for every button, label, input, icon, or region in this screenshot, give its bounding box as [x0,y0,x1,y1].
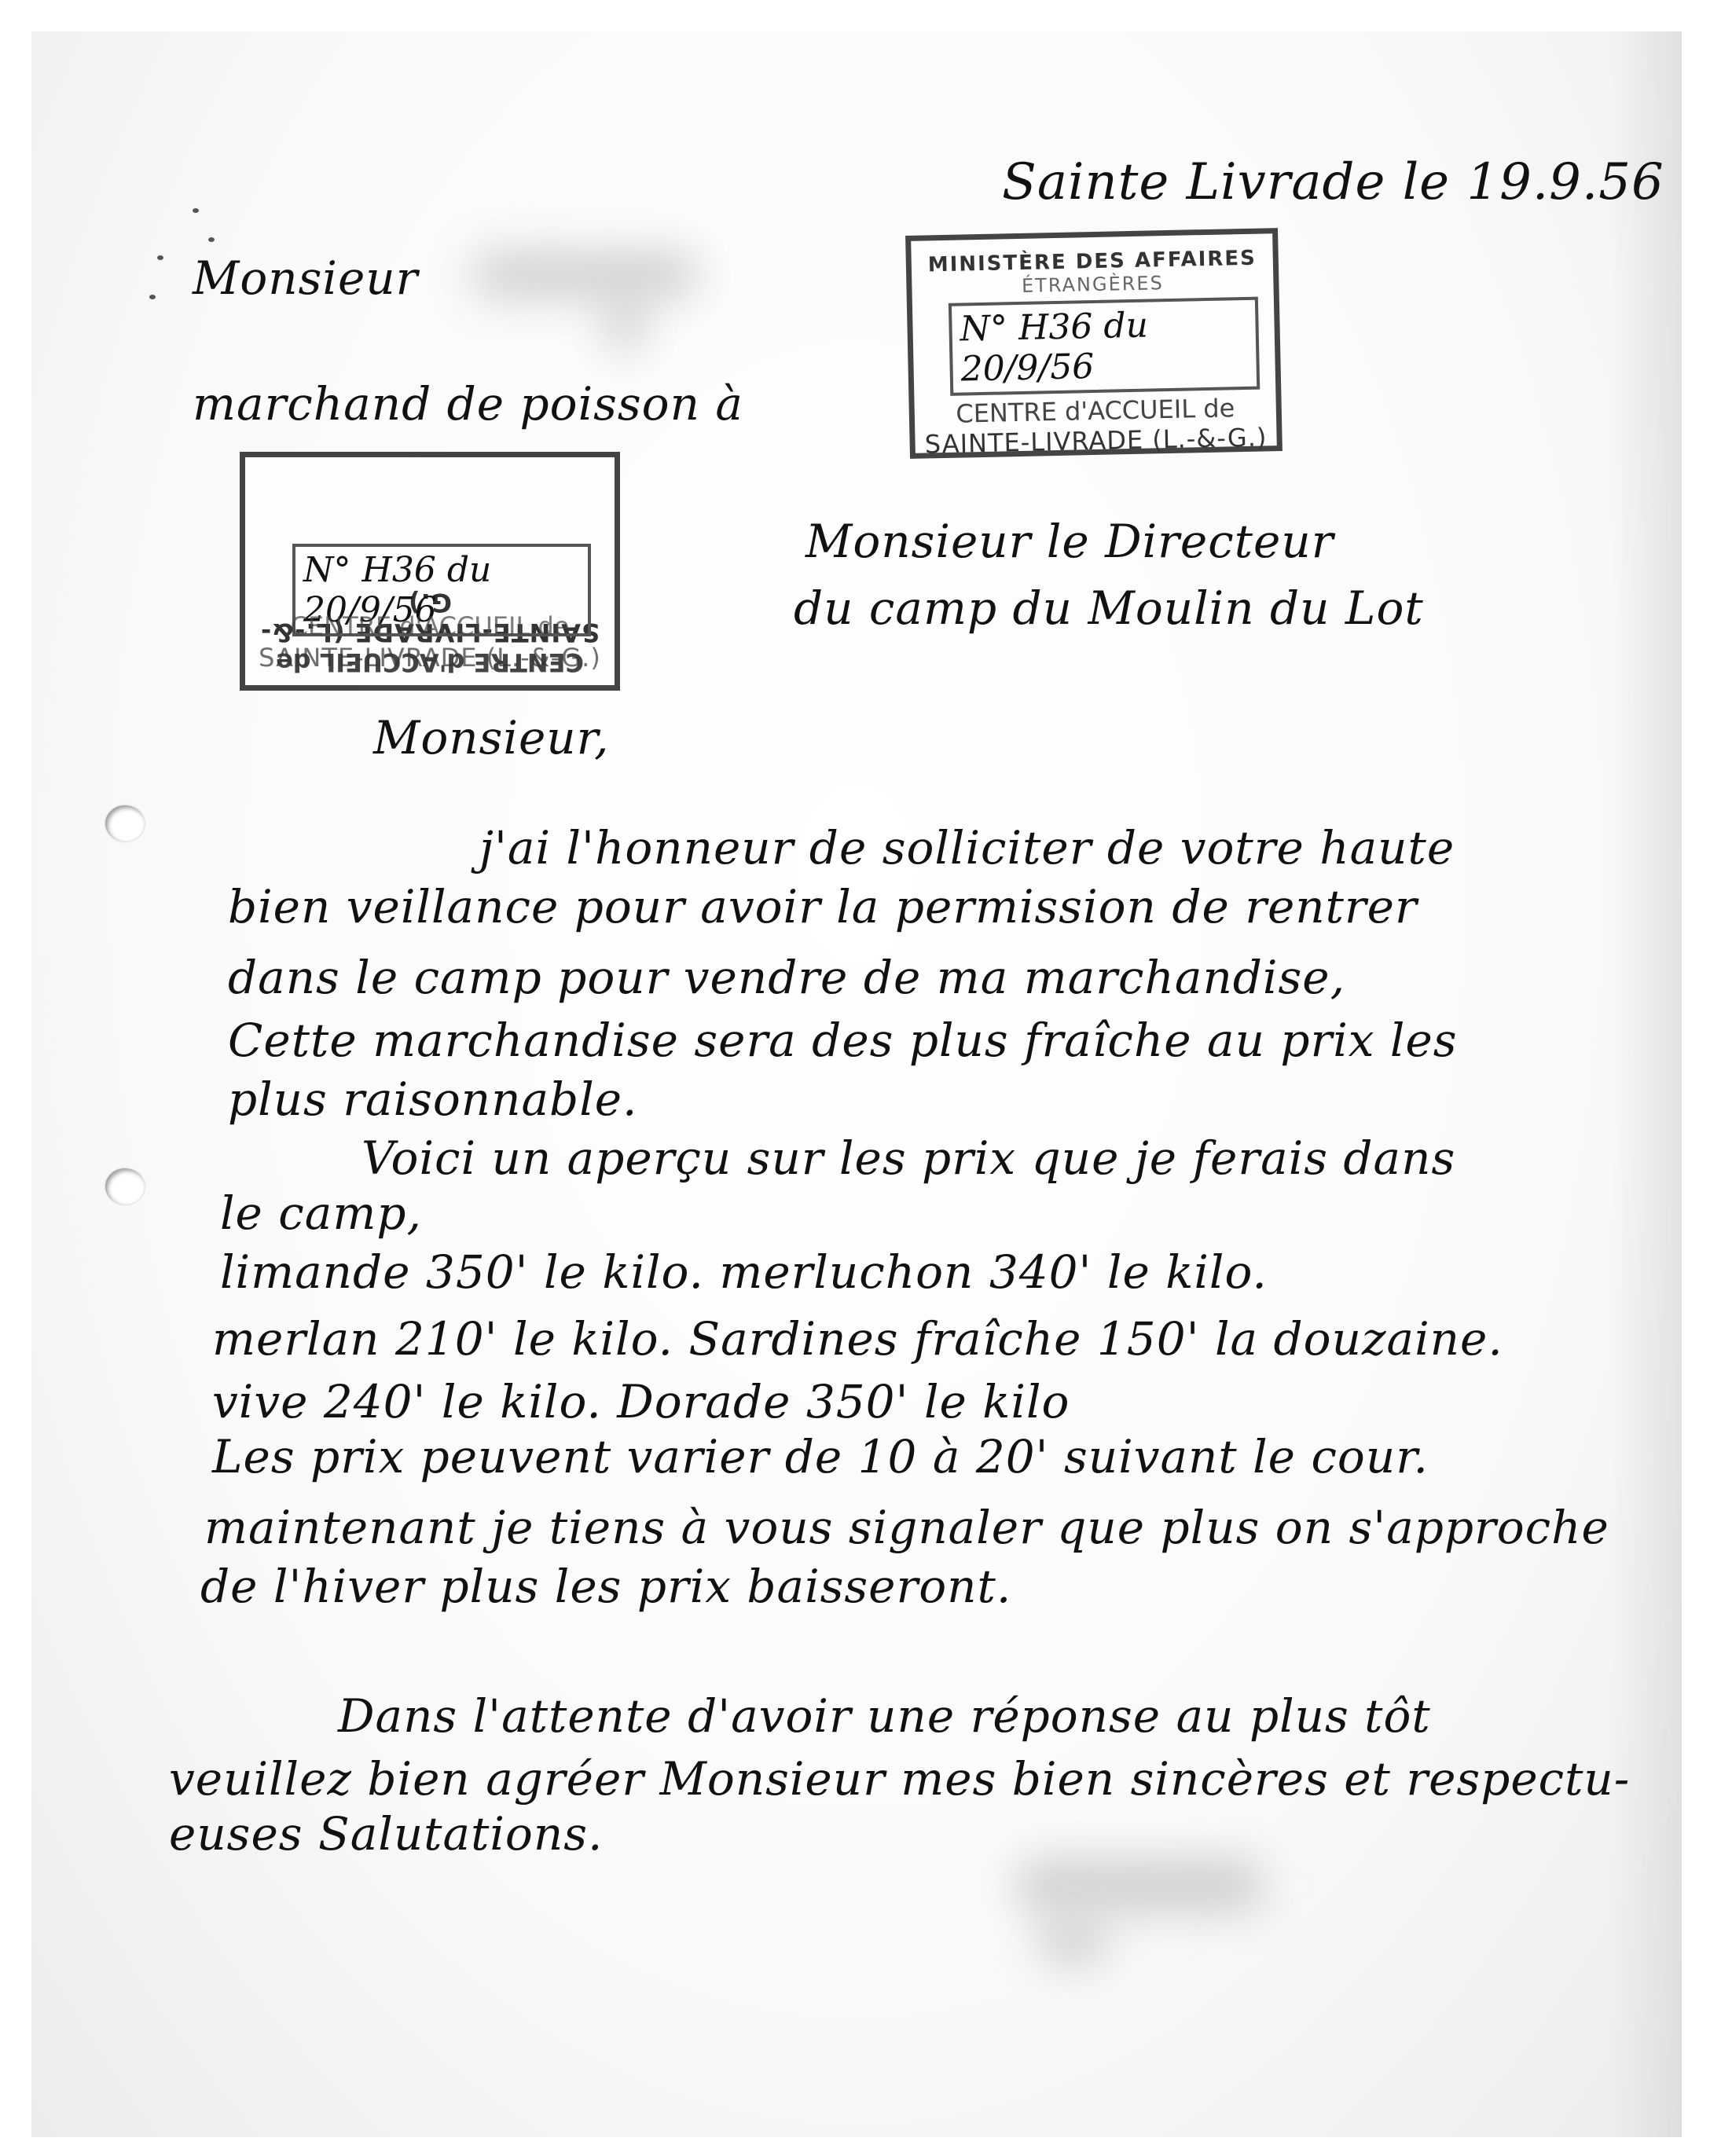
price-line: vive 240' le kilo. Dorade 350' le kilo [212,1375,1070,1428]
stamp-line3: CENTRE d'ACCUEIL de [245,611,615,641]
body-line: maintenant je tiens à vous signaler que … [204,1501,1609,1554]
punch-hole-top [105,805,145,841]
punch-hole-bottom [105,1168,145,1204]
redacted-name [605,291,644,354]
redacted-name [472,251,699,299]
place-date: Sainte Livrade le 19.9.56 [1002,153,1664,211]
price-line: merlan 210' le kilo. Sardines fraîche 15… [212,1312,1503,1366]
body-line: plus raisonnable. [228,1072,638,1126]
closing-line: euses Salutations. [169,1807,603,1861]
ink-speck [149,295,156,299]
addressee-line2: du camp du Moulin du Lot [794,581,1424,635]
recipient-salutation: Monsieur [193,251,418,305]
stamp-line4: SAINTE-LIVRADE (L.-&-G.) [245,643,615,673]
price-line: limande 350' le kilo. merluchon 340' le … [220,1245,1268,1299]
body-line: j'ai l'honneur de solliciter de votre ha… [479,821,1455,874]
ink-speck [157,255,163,260]
body-line: le camp, [220,1186,422,1240]
redacted-signature [1014,1858,1265,1913]
body-line: Cette marchandise sera des plus fraîche … [228,1014,1458,1067]
stamp-ministere-inverted: CENTRE d'ACCUEIL de SAINTE-LIVRADE (L.-&… [240,452,620,691]
redacted-signature [1037,1917,1108,1964]
body-line: Voici un aperçu sur les prix que je fera… [361,1131,1455,1185]
addressee-line1: Monsieur le Directeur [805,515,1334,568]
greeting: Monsieur, [373,711,609,764]
body-line: de l'hiver plus les prix baisseront. [200,1560,1011,1613]
stamp-handwritten-number: N° H36 du 20/9/56 [949,297,1260,396]
closing-line: veuillez bien agréer Monsieur mes bien s… [169,1752,1630,1806]
ink-speck [193,208,199,213]
stamp-ministere-upright: MINISTÈRE DES AFFAIRES ÉTRANGÈRES N° H36… [905,228,1282,459]
body-line: Les prix peuvent varier de 10 à 20' suiv… [212,1430,1429,1483]
ink-speck [208,237,215,242]
body-line: dans le camp pour vendre de ma marchandi… [228,951,1345,1004]
recipient-occupation: marchand de poisson à [193,377,743,431]
closing-line: Dans l'attente d'avoir une réponse au pl… [338,1689,1431,1743]
body-line: bien veillance pour avoir la permission … [228,880,1418,933]
